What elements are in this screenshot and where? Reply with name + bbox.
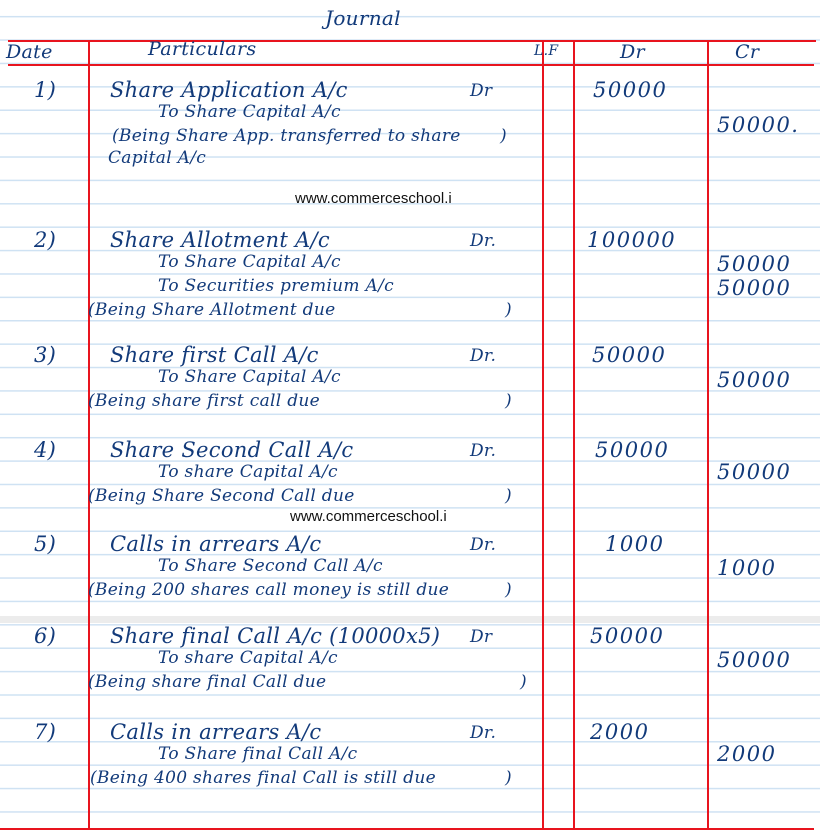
dr-amount: 50000 (595, 438, 669, 462)
narration: (Being Share App. transferred to share (112, 126, 461, 146)
particulars-column-divider (542, 40, 544, 830)
date-column-divider (88, 40, 90, 830)
cr-amount: 2000 (717, 742, 776, 766)
entry-number: 1) (34, 78, 56, 102)
entry-number: 3) (34, 343, 56, 367)
debit-account: Share first Call A/c (110, 343, 319, 367)
credit-account: To Share Capital A/c (158, 252, 341, 272)
dr-marker: Dr. (470, 441, 496, 461)
cr-amount: 50000 (717, 460, 791, 484)
dr-marker: Dr. (470, 723, 496, 743)
watermark: www.commerceschool.i (295, 190, 452, 207)
cr-amount: 50000. (717, 113, 799, 137)
credit-account: To Share Second Call A/c (158, 556, 383, 576)
cr-amount: 50000 (717, 276, 791, 300)
narration: (Being Share Second Call due (88, 486, 355, 506)
header-bottom-rule (8, 64, 814, 66)
narration-close: ) (505, 486, 512, 506)
watermark: www.commerceschool.i (290, 508, 447, 525)
column-header-particulars: Particulars (148, 38, 256, 60)
table-bottom-rule (0, 828, 814, 830)
entry-number: 2) (34, 228, 56, 252)
dr-marker: Dr. (470, 346, 496, 366)
dr-amount: 50000 (592, 343, 666, 367)
cr-amount: 50000 (717, 368, 791, 392)
column-header-cr: Cr (735, 41, 759, 63)
debit-account: Share Allotment A/c (110, 228, 330, 252)
narration-close: ) (520, 672, 527, 692)
header-top-rule (8, 40, 816, 42)
narration: (Being Share Allotment due (88, 300, 335, 320)
credit-account: To Share final Call A/c (158, 744, 357, 764)
entry-number: 5) (34, 532, 56, 556)
dr-marker: Dr (470, 627, 492, 647)
narration-close: ) (505, 300, 512, 320)
column-header-lf: L.F (534, 43, 558, 59)
dr-amount: 50000 (590, 624, 664, 648)
entry-number: 7) (34, 720, 56, 744)
entry-number: 6) (34, 624, 56, 648)
narration: (Being 200 shares call money is still du… (88, 580, 449, 600)
narration: Capital A/c (108, 148, 206, 168)
dr-amount: 50000 (593, 78, 667, 102)
credit-account: To Share Capital A/c (158, 367, 341, 387)
dr-marker: Dr. (470, 535, 496, 555)
dr-amount: 100000 (587, 228, 676, 252)
credit-account: To Share Capital A/c (158, 102, 341, 122)
debit-account: Share final Call A/c (10000x5) (110, 624, 440, 648)
cr-amount: 50000 (717, 252, 791, 276)
narration: (Being share final Call due (88, 672, 326, 692)
narration: (Being share first call due (88, 391, 320, 411)
credit-account: To Securities premium A/c (158, 276, 394, 296)
cr-amount: 1000 (717, 556, 776, 580)
column-header-date: Date (6, 41, 53, 63)
cr-amount: 50000 (717, 648, 791, 672)
dr-amount: 1000 (605, 532, 664, 556)
column-header-dr: Dr (620, 41, 645, 63)
page-title: Journal (325, 6, 401, 30)
page-seam (0, 616, 820, 623)
dr-column-divider (707, 40, 709, 830)
dr-amount: 2000 (590, 720, 649, 744)
lf-column-divider (573, 40, 575, 830)
narration: (Being 400 shares final Call is still du… (90, 768, 436, 788)
credit-account: To share Capital A/c (158, 462, 338, 482)
debit-account: Share Second Call A/c (110, 438, 353, 462)
dr-marker: Dr. (470, 231, 496, 251)
debit-account: Calls in arrears A/c (110, 532, 321, 556)
narration-close: ) (505, 391, 512, 411)
narration-close: ) (500, 126, 507, 146)
narration-close: ) (505, 580, 512, 600)
debit-account: Calls in arrears A/c (110, 720, 321, 744)
debit-account: Share Application A/c (110, 78, 348, 102)
credit-account: To share Capital A/c (158, 648, 338, 668)
dr-marker: Dr (470, 81, 492, 101)
narration-close: ) (505, 768, 512, 788)
entry-number: 4) (34, 438, 56, 462)
